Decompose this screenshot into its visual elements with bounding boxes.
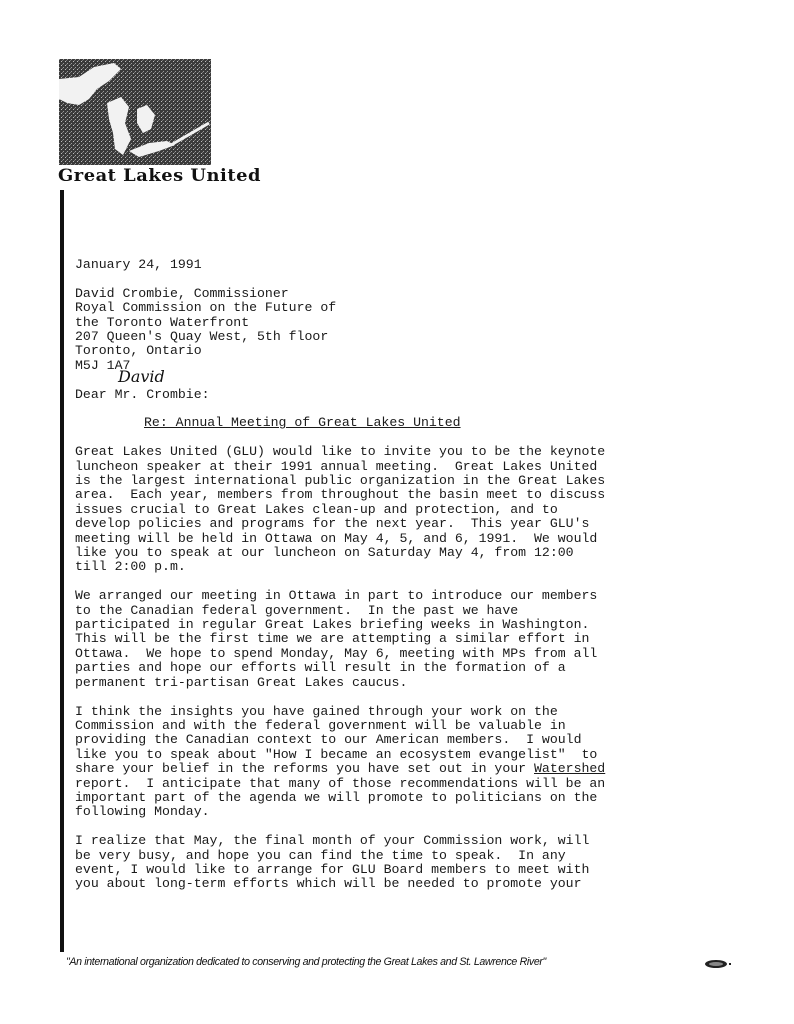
text-line: to the Canadian federal government. In t… — [75, 604, 715, 618]
text-line: be very busy, and hope you can find the … — [75, 849, 715, 863]
recipient-line: M5J 1A7 — [75, 359, 715, 373]
text-segment: share your belief in the reforms you hav… — [75, 761, 534, 776]
text-line: till 2:00 p.m. — [75, 560, 715, 574]
text-line: Ottawa. We hope to spend Monday, May 6, … — [75, 647, 715, 661]
text-line: I realize that May, the final month of y… — [75, 834, 715, 848]
paragraph-3: I think the insights you have gained thr… — [75, 705, 715, 820]
recipient-address: David Crombie, Commissioner Royal Commis… — [75, 287, 715, 373]
recipient-line: Toronto, Ontario — [75, 344, 715, 358]
recipient-line: 207 Queen's Quay West, 5th floor — [75, 330, 715, 344]
fish-icon — [703, 957, 735, 969]
recipient-line: the Toronto Waterfront — [75, 316, 715, 330]
text-line: permanent tri-partisan Great Lakes caucu… — [75, 676, 715, 690]
paragraph-2: We arranged our meeting in Ottawa in par… — [75, 589, 715, 690]
text-line: important part of the agenda we will pro… — [75, 791, 715, 805]
organization-logo-text: Great Lakes United — [58, 166, 261, 186]
text-line: providing the Canadian context to our Am… — [75, 733, 715, 747]
text-line: develop policies and programs for the ne… — [75, 517, 715, 531]
text-line: luncheon speaker at their 1991 annual me… — [75, 460, 715, 474]
salutation: Dear Mr. Crombie: — [75, 388, 715, 402]
recipient-line: Royal Commission on the Future of — [75, 301, 715, 315]
handwritten-correction: David — [118, 370, 165, 384]
text-line: share your belief in the reforms you hav… — [75, 762, 715, 776]
text-line: Commission and with the federal governme… — [75, 719, 715, 733]
text-line: This will be the first time we are attem… — [75, 632, 715, 646]
footer-tagline: "An international organization dedicated… — [66, 956, 546, 968]
great-lakes-map-icon — [59, 59, 211, 165]
paragraph-4: I realize that May, the final month of y… — [75, 834, 715, 892]
text-line: issues crucial to Great Lakes clean-up a… — [75, 503, 715, 517]
paragraph-1: Great Lakes United (GLU) would like to i… — [75, 445, 715, 575]
report-title: Watershed — [534, 761, 605, 776]
subject-line: Re: Annual Meeting of Great Lakes United — [144, 416, 715, 430]
text-line: Great Lakes United (GLU) would like to i… — [75, 445, 715, 459]
text-line: like you to speak at our luncheon on Sat… — [75, 546, 715, 560]
text-line: We arranged our meeting in Ottawa in par… — [75, 589, 715, 603]
letter-body: January 24, 1991 David Crombie, Commissi… — [75, 258, 715, 892]
text-line: you about long-term efforts which will b… — [75, 877, 715, 891]
text-line: parties and hope our efforts will result… — [75, 661, 715, 675]
text-line: I think the insights you have gained thr… — [75, 705, 715, 719]
letterhead-rule — [60, 190, 64, 952]
recipient-line: David Crombie, Commissioner — [75, 287, 715, 301]
letter-date: January 24, 1991 — [75, 258, 715, 272]
text-line: meeting will be held in Ottawa on May 4,… — [75, 532, 715, 546]
text-line: is the largest international public orga… — [75, 474, 715, 488]
text-line: report. I anticipate that many of those … — [75, 777, 715, 791]
text-line: area. Each year, members from throughout… — [75, 488, 715, 502]
text-line: like you to speak about "How I became an… — [75, 748, 715, 762]
text-line: participated in regular Great Lakes brie… — [75, 618, 715, 632]
text-line: following Monday. — [75, 805, 715, 819]
text-line: event, I would like to arrange for GLU B… — [75, 863, 715, 877]
